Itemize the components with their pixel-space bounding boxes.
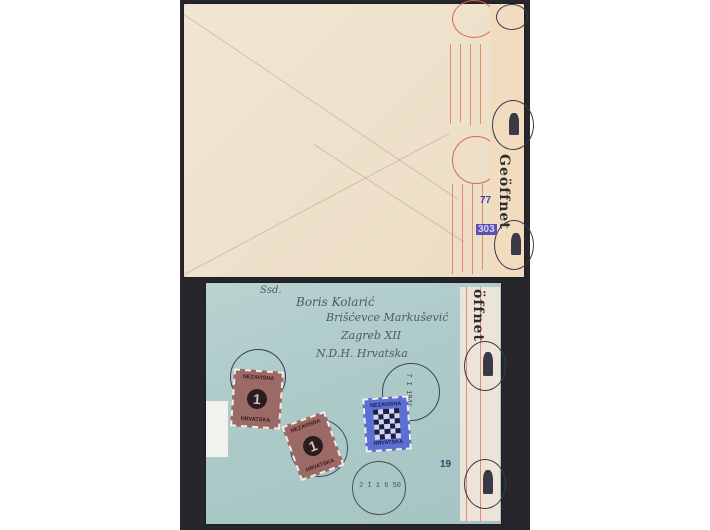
postmark: 2 I 1 6 50	[352, 461, 406, 515]
sender-address-line: Zagreb XII	[341, 329, 401, 342]
eagle-icon	[483, 470, 493, 494]
stamp-country: HRVATSKA	[373, 439, 403, 447]
eagle-icon	[483, 352, 493, 376]
censor-handstamp	[464, 341, 506, 391]
censor-handstamp	[496, 4, 528, 30]
censor-tape-text: öffnet	[470, 289, 486, 342]
blue-pencil-mark: 77	[480, 195, 491, 206]
postmark-date: 2 I 1 6 50	[359, 482, 401, 490]
postage-stamp: NEZAVISNA HRVATSKA	[362, 395, 412, 452]
stamp-value: 1	[300, 433, 326, 459]
sender-name: Boris Kolarić	[296, 295, 375, 309]
top-envelope: Geöffnet 77 303	[184, 4, 524, 277]
stamp-overprint: NEZAVISNA	[243, 374, 275, 382]
checkerboard-coat-of-arms-icon	[373, 408, 401, 440]
stamp-value: 1	[246, 388, 267, 409]
censor-handstamp	[492, 100, 534, 150]
stamp-country: HRVATSKA	[241, 416, 271, 424]
envelope-flap-line	[184, 133, 449, 275]
postage-stamp: NEZAVISNA 1 HRVATSKA	[230, 368, 284, 429]
censor-tape-text: Geöffnet	[496, 154, 512, 230]
eagle-icon	[511, 233, 521, 255]
stamp-overprint: NEZAVISNA	[290, 418, 322, 434]
censor-handstamp	[494, 220, 534, 270]
censor-handstamp	[464, 459, 506, 509]
sender-address-line: N.D.H. Hrvatska	[316, 347, 408, 360]
censor-tape: Geöffnet	[490, 4, 524, 277]
eagle-icon	[509, 113, 519, 135]
sender-address-line: Brišćevce Markušević	[326, 311, 448, 324]
blue-pencil-mark: 303	[476, 224, 497, 235]
bottom-envelope: Ssd. Boris Kolarić Brišćevce Markušević …	[206, 283, 501, 524]
torn-paper-piece	[206, 401, 228, 457]
blue-pencil-mark: 19	[440, 459, 451, 470]
censor-tape: öffnet	[460, 287, 500, 521]
sender-prefix: Ssd.	[260, 285, 282, 296]
envelope-flap-line	[183, 14, 457, 199]
